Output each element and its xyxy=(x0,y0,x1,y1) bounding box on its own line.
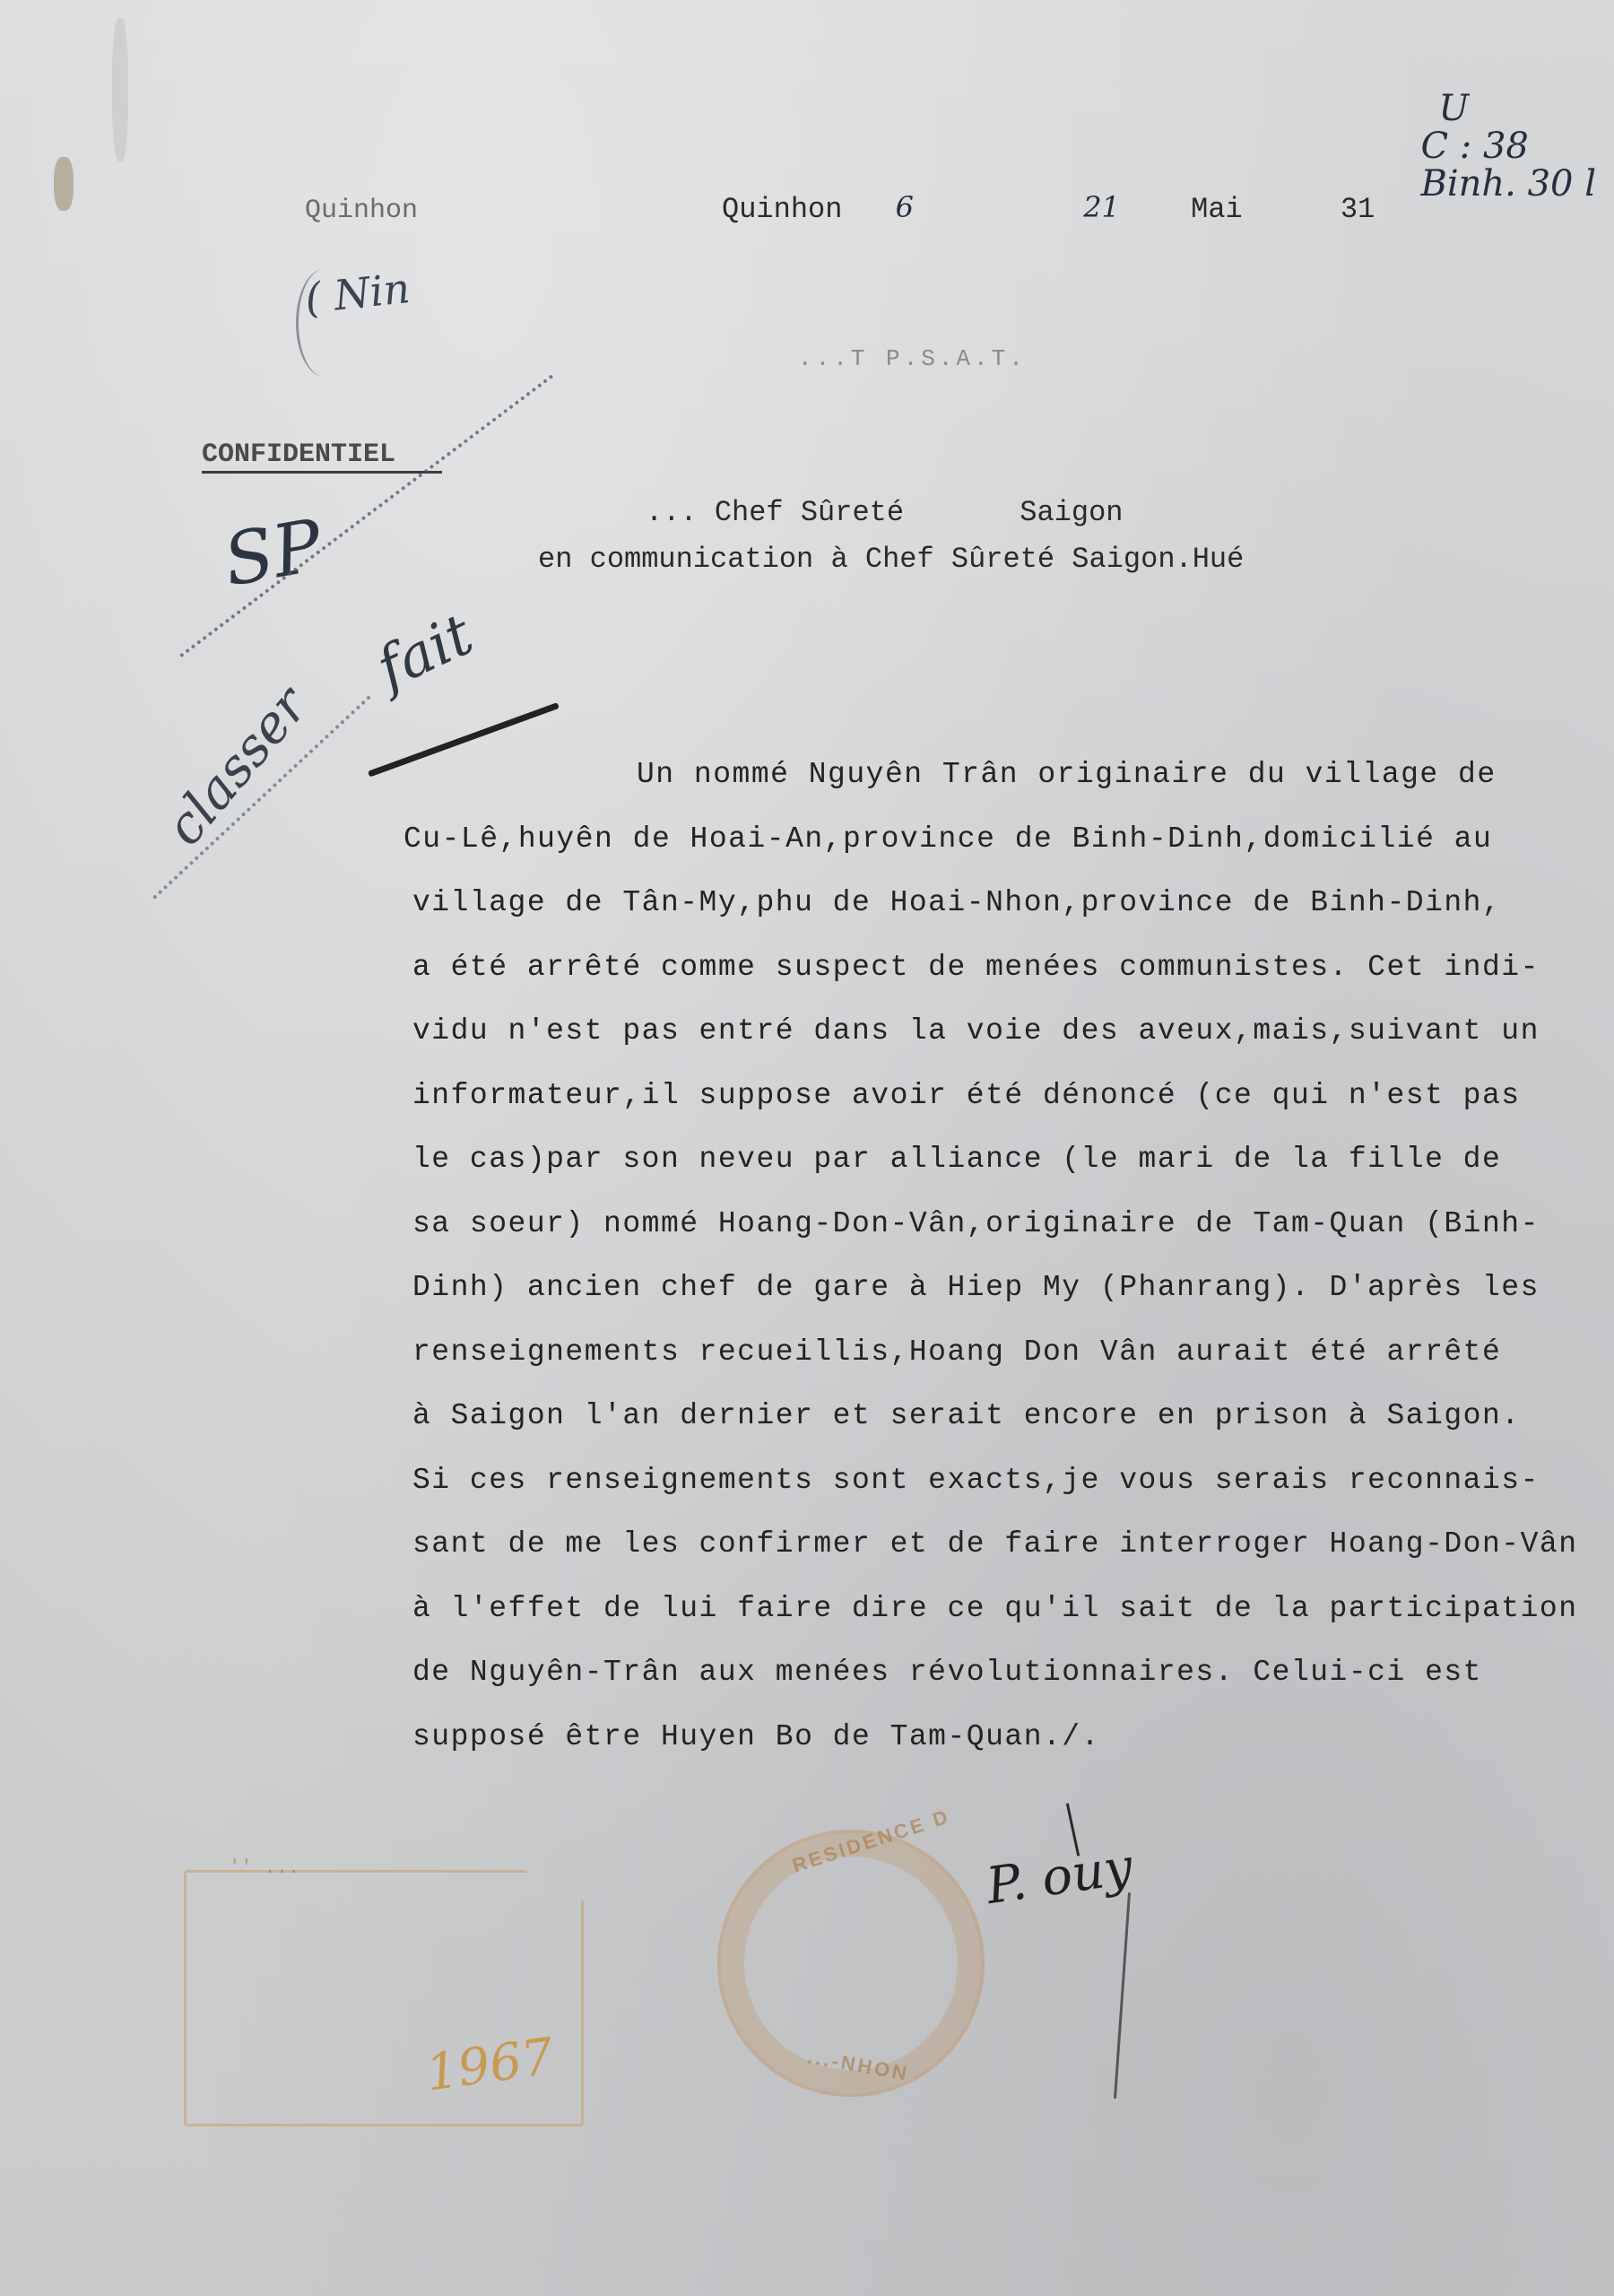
margin-handwritten-mark: ( Nin xyxy=(302,264,412,323)
annotation-fait: fait xyxy=(367,602,482,703)
ref-line: U xyxy=(1438,90,1596,127)
signature: P. ouy xyxy=(983,1838,1136,1916)
body-line: supposé être Huyen Bo de Tam-Quan./. xyxy=(412,1705,1614,1770)
sender-city: Quinhon xyxy=(305,196,418,226)
body-line: le cas)par son neveu par alliance (le ma… xyxy=(412,1127,1614,1192)
classification-label: CONFIDENTIEL xyxy=(202,439,395,470)
date-day: 21 xyxy=(1083,190,1120,224)
body-line: sa soeur) nommé Hoang-Don-Vân,originaire… xyxy=(412,1192,1614,1257)
body-line: Si ces renseignements sont exacts,je vou… xyxy=(412,1448,1614,1513)
faded-title: ...T P.S.A.T. xyxy=(798,345,1027,372)
body-line: à l'effet de lui faire dire ce qu'il sai… xyxy=(412,1577,1614,1641)
date-year: 31 xyxy=(1341,193,1375,226)
body-line: à Saigon l'an dernier et serait encore e… xyxy=(412,1384,1614,1448)
stamp-text: '' ... xyxy=(229,1857,299,1879)
pencil-slash-mark xyxy=(179,374,554,657)
body-line: informateur,il suppose avoir été dénoncé… xyxy=(412,1064,1614,1128)
addressee-line: ... Chef Sûreté Saigon xyxy=(646,496,1123,529)
ref-line: C : 38 xyxy=(1420,127,1596,165)
archival-document-page: Quinhon Quinhon 6 21 Mai 31 U C : 38 Bin… xyxy=(0,0,1614,2296)
date-month: Mai xyxy=(1191,193,1243,226)
body-line: renseignements recueillis,Hoang Don Vân … xyxy=(412,1320,1614,1385)
communication-line: en communication à Chef Sûreté Saigon.Hu… xyxy=(538,543,1244,576)
paper-stain xyxy=(54,157,74,211)
body-line: de Nguyên-Trân aux menées révolutionnair… xyxy=(412,1640,1614,1705)
signature-stroke xyxy=(1114,1892,1131,2099)
body-line: Cu-Lê,huyên de Hoai-An,province de Binh-… xyxy=(403,807,1614,872)
body-line: sant de me les confirmer et de faire int… xyxy=(412,1512,1614,1577)
body-line: vidu n'est pas entré dans la voie des av… xyxy=(412,999,1614,1064)
paper-fold-mark xyxy=(112,18,128,161)
body-line: village de Tân-My,phu de Hoai-Nhon,provi… xyxy=(412,871,1614,935)
archive-reference-note: U C : 38 Binh. 30 l xyxy=(1420,90,1596,203)
body-line: a été arrêté comme suspect de menées com… xyxy=(412,935,1614,1000)
body-line: Dinh) ancien chef de gare à Hiep My (Pha… xyxy=(412,1256,1614,1320)
ref-line: Binh. 30 l xyxy=(1420,165,1596,203)
addressee-destination: Saigon xyxy=(1020,496,1123,529)
date-place: Quinhon xyxy=(722,193,842,226)
body-line: Un nommé Nguyên Trân originaire du villa… xyxy=(412,743,1614,807)
addressee-to: ... Chef Sûreté xyxy=(646,496,904,529)
classification-underline xyxy=(202,471,442,474)
date-day-handwritten: 6 xyxy=(896,190,914,224)
letter-body: Un nommé Nguyên Trân originaire du villa… xyxy=(412,743,1614,1769)
date-line: Quinhon 6 21 Mai 31 xyxy=(722,190,1375,226)
